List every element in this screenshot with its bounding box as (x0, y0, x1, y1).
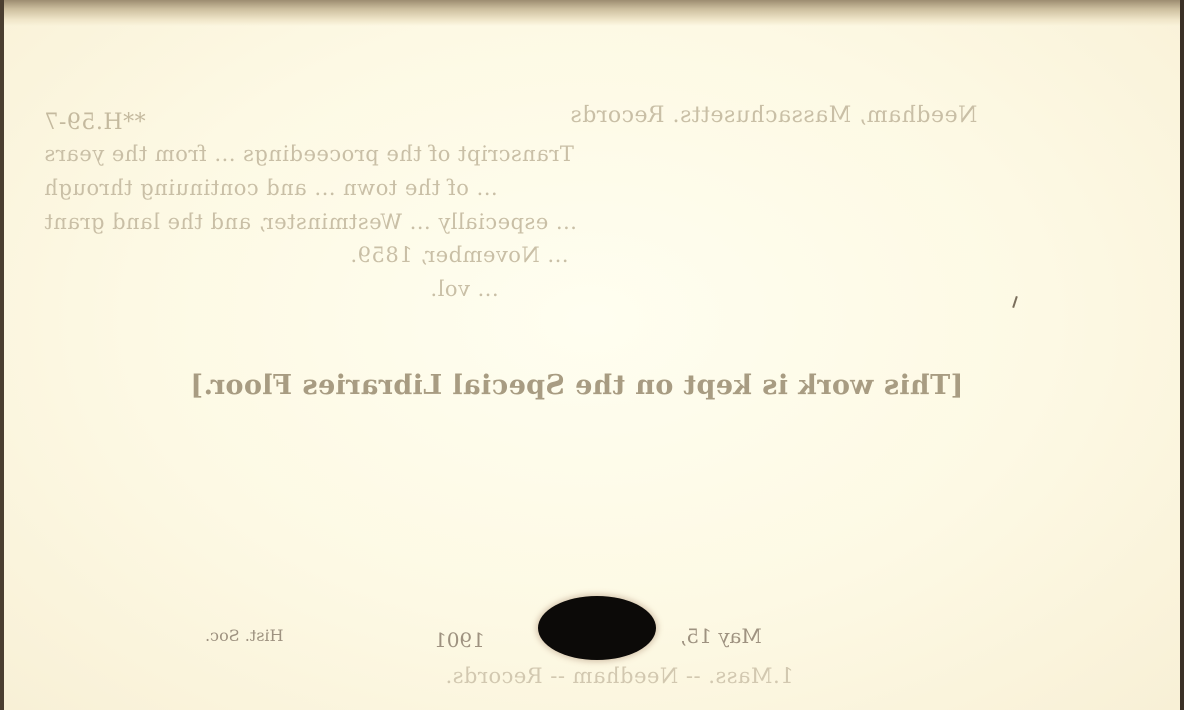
bleed-line: ... especially ... Westminster, and the … (44, 210, 577, 234)
bleed-line: ... November, 1859. (350, 243, 569, 267)
card-left-edge (0, 0, 4, 710)
stamp-date: May 15, (680, 624, 762, 648)
card-top-edge (0, 0, 1180, 26)
location-note: [This work is kept on the Special Librar… (190, 370, 963, 401)
bleed-heading: Needham, Massachusetts. Records (570, 103, 977, 128)
bleed-line: ... vol. (430, 277, 499, 301)
bleed-line: Transcript of the proceedings ... from t… (44, 142, 574, 166)
bleed-subject-line: 1.Mass. -- Needham -- Records. (445, 664, 794, 688)
stamp-year: 1901 (434, 628, 485, 652)
bleed-call-number: **H.59-7 (44, 110, 146, 135)
catalog-card: **H.59-7 Needham, Massachusetts. Records… (0, 0, 1184, 710)
punch-hole (538, 596, 656, 660)
stamp-mark: Hist. Soc. (205, 626, 284, 645)
bleed-line: ... of the town ... and continuing throu… (44, 176, 498, 200)
ink-speck (1012, 296, 1018, 308)
